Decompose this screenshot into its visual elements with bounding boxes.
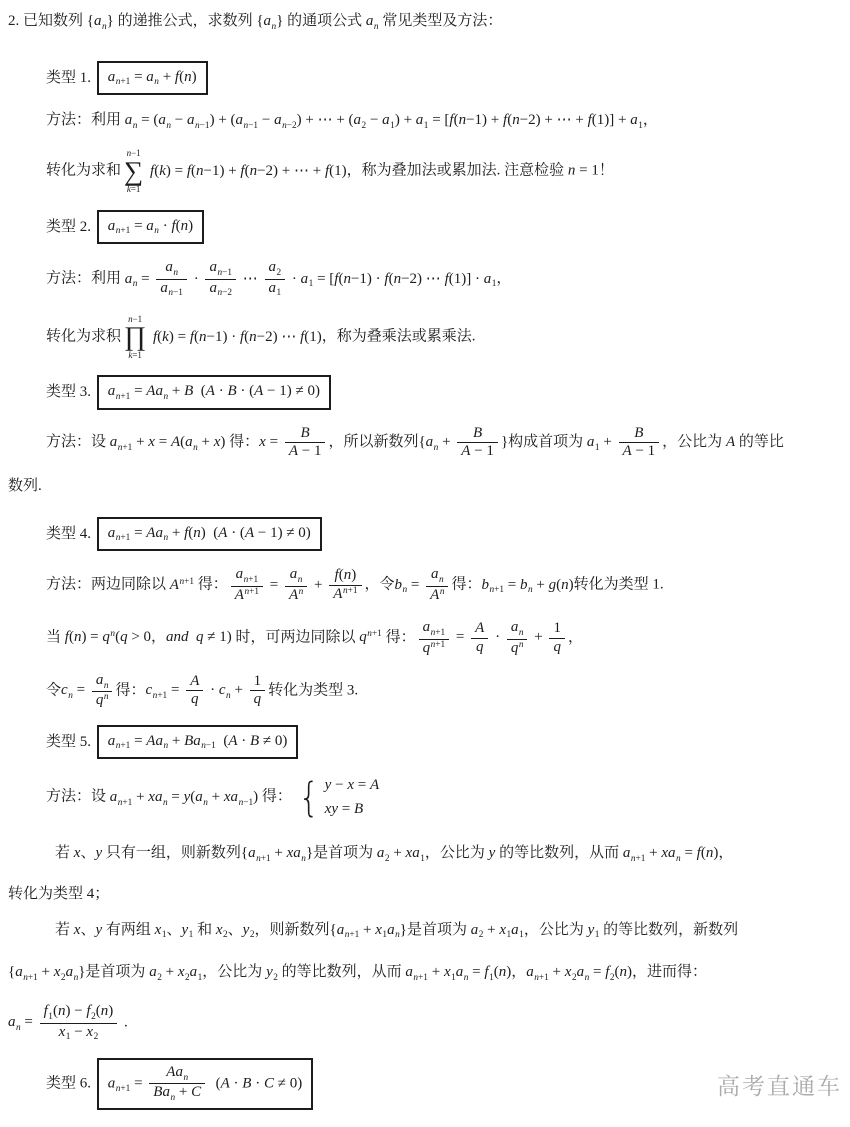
math-expression: An+1	[170, 577, 194, 593]
math-expression: an = anan−1 · an−1an−2 ⋯ a2a1 · a1 = [f(…	[125, 271, 497, 287]
math-expression: an+1 + x2an = f2(n)	[526, 964, 632, 980]
formula-box: an+1 = AanBan + C (A · B · C ≠ 0)	[97, 1058, 313, 1110]
type3-line: 类型 3. an+1 = Aan + B (A · B · (A − 1) ≠ …	[46, 375, 844, 410]
fraction: Aq	[471, 620, 488, 656]
type2-line: 类型 2. an+1 = an · f(n)	[46, 210, 844, 245]
text-run: 转化为类型 1.	[574, 577, 664, 593]
text-run: 的等比	[735, 434, 784, 450]
fraction: an+1An+1	[231, 566, 263, 604]
math-expression: {y − x = Axy = B	[292, 789, 379, 805]
text-run: 类型 2.	[46, 218, 95, 234]
formula-box: an+1 = Aan + f(n) (A · (A − 1) ≠ 0)	[97, 517, 322, 552]
text-run: 有两组	[102, 922, 155, 938]
math-expression: y2	[243, 922, 255, 938]
math-expression: A	[726, 434, 735, 450]
fraction: f1(n) − f2(n)x1 − x2	[40, 1003, 118, 1043]
math-expression: a2 + x1a1	[471, 922, 524, 938]
type1-line: 类型 1. an+1 = an + f(n)	[46, 61, 844, 96]
math-expression: an+1 = Aan + f(n) (A · (A − 1) ≠ 0)	[95, 525, 322, 541]
fraction: 1q	[549, 620, 565, 656]
math-expression: qn+1	[359, 629, 382, 645]
text-run: 转化为类型 4；	[8, 886, 109, 902]
fraction: an+1qn+1	[419, 619, 450, 657]
text-run: ！	[599, 163, 614, 179]
text-run: ，	[718, 845, 733, 861]
text-run: 当	[46, 629, 65, 645]
method1-line-1: 方法：利用 an = (an − an−1) + (an−1 − an−2) +…	[46, 110, 844, 133]
math-expression: {an+1 + x2an}	[8, 964, 85, 980]
math-expression: an = (an − an−1) + (an−1 − an−2) + ⋯ + (…	[125, 112, 643, 128]
text-run: 方法：两边同除以	[46, 577, 170, 593]
text-run: 若	[55, 845, 74, 861]
text-run: 得：	[382, 629, 416, 645]
method5-line-3: 转化为类型 4；	[8, 884, 844, 905]
left-brace: {	[298, 780, 319, 814]
text-run: 方法：设	[46, 434, 110, 450]
text-run: 、	[80, 845, 95, 861]
type4-line: 类型 4. an+1 = Aan + f(n) (A · (A − 1) ≠ 0…	[46, 517, 844, 552]
math-expression: a2 + x2a1	[149, 964, 202, 980]
fraction: 1q	[250, 673, 266, 709]
math-expression: an+1 = Aan + B (A · B · (A − 1) ≠ 0)	[95, 384, 331, 400]
text-run: ，	[643, 112, 658, 128]
method3-line-1: 方法：设 an+1 + x = A(an + x) 得：x = BA − 1，所…	[46, 425, 844, 461]
text-run: ，所以新数列	[328, 434, 418, 450]
text-run: ，公比为	[662, 434, 726, 450]
method4-line-3: 令cn = anqn得：cn+1 = Aq · cn + 1q转化为类型 3.	[46, 672, 844, 710]
math-expression: a2 + xa1	[377, 845, 425, 861]
text-run: 的等比数列，从而	[278, 964, 406, 980]
fraction: Aq	[186, 673, 203, 709]
type5-line: 类型 5. an+1 = Aan + Ban−1 (A · B ≠ 0)	[46, 725, 844, 760]
text-run: 转化为求和	[46, 163, 121, 179]
text-run: 转化为求积	[46, 329, 121, 345]
math-expression: an+1 = an · f(n)	[95, 218, 204, 234]
text-run: 类型 6.	[46, 1075, 95, 1091]
method1-line-2: 转化为求和n−1∑k=1 f(k) = f(n−1) + f(n−2) + ⋯ …	[46, 148, 844, 194]
text-run: 的递推公式，求数列	[114, 13, 257, 29]
text-run: 2. 已知数列	[8, 13, 87, 29]
text-run: 是首项为	[85, 964, 149, 980]
fraction: AanBan + C	[149, 1064, 205, 1104]
text-run: 得：	[225, 434, 259, 450]
text-run: 构成首项为	[508, 434, 587, 450]
text-run: ，令	[365, 577, 395, 593]
text-run: 、	[228, 922, 243, 938]
math-expression: an+1 + xan = f(n)	[623, 845, 719, 861]
text-run: 的等比数列，从而	[495, 845, 623, 861]
math-expression: an+1 = an + f(n)	[95, 70, 208, 86]
math-expression: an+1 = Aan + Ban−1 (A · B ≠ 0)	[95, 733, 299, 749]
fraction: anqn	[92, 672, 113, 710]
method4-line-2: 当 f(n) = qn(q > 0，and q ≠ 1) 时，可两边同除以 qn…	[46, 619, 844, 657]
text-run: ，称为叠加法或累加法. 注意检验	[347, 163, 568, 179]
text-run: 和	[193, 922, 216, 938]
math-expression: an+1 + xan = y(an + xan−1)	[110, 789, 258, 805]
math-expression: an+1An+1 = anAn + f(n)An+1	[228, 577, 365, 593]
math-expression: y2	[266, 964, 278, 980]
product-operator: n−1∏k=1	[124, 314, 146, 360]
fraction: anAn	[426, 566, 448, 604]
text-run: 时，可两边同除以	[232, 629, 360, 645]
math-expression: n = 1	[568, 163, 599, 179]
fraction: BA − 1	[619, 425, 660, 461]
text-run: ，	[511, 964, 526, 980]
text-run: 类型 3.	[46, 384, 95, 400]
method3-line-2: 数列.	[8, 476, 844, 497]
text-run: 若	[55, 922, 74, 938]
text-run: 得：	[115, 682, 145, 698]
math-expression: cn = anqn	[61, 682, 115, 698]
text-run: 数列.	[8, 478, 42, 494]
text-run: ，公比为	[524, 922, 588, 938]
math-expression: a1 + BA − 1	[587, 434, 662, 450]
text-run: 的等比数列，新数列	[599, 922, 738, 938]
formula-box: an+1 = Aan + Ban−1 (A · B ≠ 0)	[97, 725, 299, 760]
math-expression: {an + BA − 1}	[418, 434, 508, 450]
text-run: 、	[80, 922, 95, 938]
math-expression: an+1 = AanBan + C (A · B · C ≠ 0)	[95, 1075, 313, 1091]
math-expression: x2	[216, 922, 228, 938]
formula-box: an+1 = an + f(n)	[97, 61, 208, 96]
text-run: 是首项为	[313, 845, 377, 861]
text-run: 的通项公式	[283, 13, 366, 29]
document-body: 2. 已知数列 {an} 的递推公式，求数列 {an} 的通项公式 an 常见类…	[8, 11, 844, 1110]
text-run: 方法：利用	[46, 112, 125, 128]
math-expression: {an}	[87, 13, 114, 29]
math-expression: cn+1 = Aq · cn + 1q	[145, 682, 268, 698]
method5-line-5: {an+1 + x2an}是首项为 a2 + x2a1，公比为 y2 的等比数列…	[8, 962, 844, 985]
math-expression: {an+1 + x1an}	[330, 922, 407, 938]
formula-box: an+1 = an · f(n)	[97, 210, 204, 245]
text-run: 类型 4.	[46, 525, 95, 541]
text-run: 只有一组，则新数列	[102, 845, 241, 861]
math-expression: f(n) = qn(q > 0，and q ≠ 1)	[65, 629, 232, 645]
fraction: anqn	[507, 619, 528, 657]
math-expression: {an}	[256, 13, 283, 29]
method5-line-4: 若 x、y 有两组 x1、y1 和 x2、y2，则新数列{an+1 + x1an…	[55, 920, 844, 943]
method5-line-6: an = f1(n) − f2(n)x1 − x2 .	[8, 1003, 844, 1043]
formula-box: an+1 = Aan + B (A · B · (A − 1) ≠ 0)	[97, 375, 331, 410]
method2-line-1: 方法：利用 an = anan−1 · an−1an−2 ⋯ a2a1 · a1…	[46, 259, 844, 299]
method2-line-2: 转化为求积n−1∏k=1 f(k) = f(n−1) · f(n−2) ⋯ f(…	[46, 314, 844, 360]
text-run: ，公比为	[425, 845, 489, 861]
math-expression: x1	[155, 922, 167, 938]
math-expression: bn = anAn	[395, 577, 452, 593]
text-run: ，	[568, 629, 583, 645]
math-expression: x = BA − 1	[259, 434, 328, 450]
math-expression: y1	[181, 922, 193, 938]
text-run: ，进而得：	[632, 964, 707, 980]
text-run: 得：	[194, 577, 228, 593]
math-expression: y1	[588, 922, 600, 938]
text-run: .	[120, 1014, 128, 1030]
method5-line-2: 若 x、y 只有一组，则新数列{an+1 + xan}是首项为 a2 + xa1…	[55, 843, 844, 866]
text-run: 得：	[451, 577, 481, 593]
text-run: ，则新数列	[255, 922, 330, 938]
fraction: f(n)An+1	[329, 567, 361, 603]
math-expression: bn+1 = bn + g(n)	[481, 577, 573, 593]
math-expression: an+1 + x = A(an + x)	[110, 434, 226, 450]
math-expression: {an+1 + xan}	[241, 845, 313, 861]
fraction: a2a1	[265, 259, 286, 299]
text-run: 令	[46, 682, 61, 698]
equation-system: {y − x = Axy = B	[296, 774, 379, 821]
text-run: 是首项为	[407, 922, 471, 938]
heading-line: 2. 已知数列 {an} 的递推公式，求数列 {an} 的通项公式 an 常见类…	[8, 11, 844, 34]
text-run: 转化为类型 3.	[268, 682, 358, 698]
document-page: 2. 已知数列 {an} 的递推公式，求数列 {an} 的通项公式 an 常见类…	[0, 0, 850, 1110]
math-expression: n−1∏k=1 f(k) = f(n−1) · f(n−2) ⋯ f(1)	[121, 329, 322, 345]
text-run: 类型 1.	[46, 70, 95, 86]
method4-line-1: 方法：两边同除以 An+1 得：an+1An+1 = anAn + f(n)An…	[46, 566, 844, 604]
watermark: 高考直通车	[717, 1068, 842, 1101]
text-run: 方法：利用	[46, 271, 125, 287]
fraction: BA − 1	[457, 425, 498, 461]
math-expression: an+1 + x1an = f1(n)	[405, 964, 511, 980]
text-run: 得：	[258, 789, 292, 805]
text-run: ，称为叠乘法或累乘法.	[322, 329, 476, 345]
summation-operator: n−1∑k=1	[124, 148, 143, 194]
text-run: ，	[496, 271, 511, 287]
math-expression: n−1∑k=1 f(k) = f(n−1) + f(n−2) + ⋯ + f(1…	[121, 163, 347, 179]
text-run: 常见类型及方法：	[379, 13, 503, 29]
math-expression: an+1qn+1 = Aq · anqn + 1q	[416, 629, 568, 645]
fraction: an−1an−2	[205, 259, 236, 299]
text-run: 、	[166, 922, 181, 938]
math-expression: an = f1(n) − f2(n)x1 − x2	[8, 1014, 120, 1030]
fraction: anAn	[285, 566, 307, 604]
text-run: ，公比为	[202, 964, 266, 980]
math-expression: an	[366, 13, 379, 29]
text-run: 类型 5.	[46, 733, 95, 749]
method5-line-1: 方法：设 an+1 + xan = y(an + xan−1) 得：{y − x…	[46, 774, 844, 821]
fraction: BA − 1	[285, 425, 326, 461]
fraction: anan−1	[156, 259, 187, 299]
text-run: 方法：设	[46, 789, 110, 805]
